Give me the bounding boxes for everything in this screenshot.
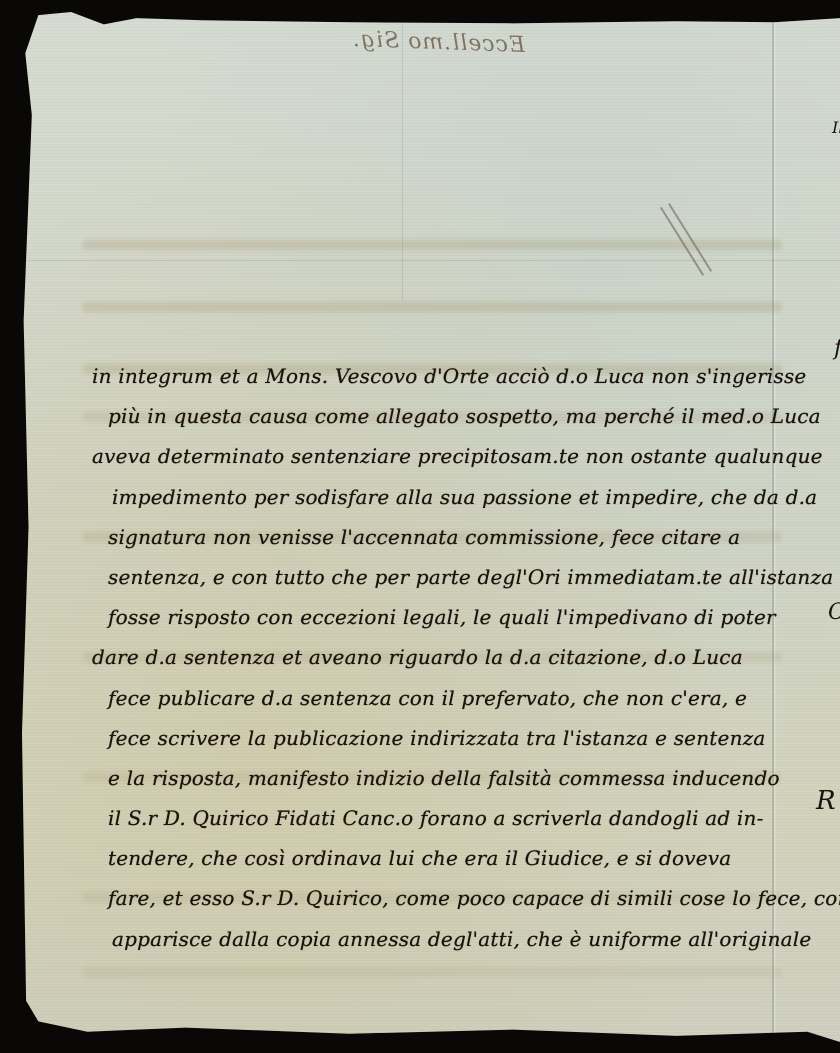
manuscript-line: dare d.a sentenza et aveano riguardo la … bbox=[92, 637, 782, 677]
ink-bleedthrough bbox=[82, 240, 782, 250]
manuscript-line: in integrum et a Mons. Vescovo d'Orte ac… bbox=[92, 356, 782, 396]
manuscript-line: fare, et esso S.r D. Quirico, come poco … bbox=[92, 878, 782, 918]
margin-fragment: C bbox=[828, 600, 840, 625]
manuscript-line: fece scrivere la publicazione indirizzat… bbox=[92, 718, 782, 758]
reversed-docket-heading: Eccell.mo Sig. bbox=[352, 27, 526, 58]
manuscript-line: sentenza, e con tutto che per parte degl… bbox=[92, 557, 782, 597]
fold-crease-horizontal bbox=[22, 260, 840, 261]
manuscript-line: più in questa causa come allegato sospet… bbox=[92, 396, 782, 436]
margin-fragment: R bbox=[816, 786, 836, 816]
ink-bleedthrough bbox=[82, 967, 782, 977]
margin-fragment: Ill bbox=[832, 118, 840, 137]
manuscript-line: aveva determinato sentenziare precipitos… bbox=[92, 436, 782, 476]
manuscript-line: il S.r D. Quirico Fidati Canc.o forano a… bbox=[92, 798, 782, 838]
manuscript-line: fosse risposto con eccezioni legali, le … bbox=[92, 597, 782, 637]
manuscript-line: apparisce dalla copia annessa degl'atti,… bbox=[92, 919, 782, 959]
manuscript-line: tendere, che così ordinava lui che era i… bbox=[92, 838, 782, 878]
fold-crease-center bbox=[402, 12, 403, 302]
manuscript-line: e la risposta, manifesto indizio della f… bbox=[92, 758, 782, 798]
manuscript-scan: Eccell.mo Sig. in integrum et a Mons. Ve… bbox=[0, 0, 840, 1053]
manuscript-line: fece publicare d.a sentenza con il prefe… bbox=[92, 678, 782, 718]
ink-bleedthrough bbox=[82, 302, 782, 312]
margin-fragment: f bbox=[834, 336, 840, 361]
pencil-stroke bbox=[668, 203, 712, 272]
manuscript-line: impedimento per sodisfare alla sua passi… bbox=[92, 477, 782, 517]
manuscript-line: signatura non venisse l'accennata commis… bbox=[92, 517, 782, 557]
manuscript-body: in integrum et a Mons. Vescovo d'Orte ac… bbox=[92, 356, 782, 959]
